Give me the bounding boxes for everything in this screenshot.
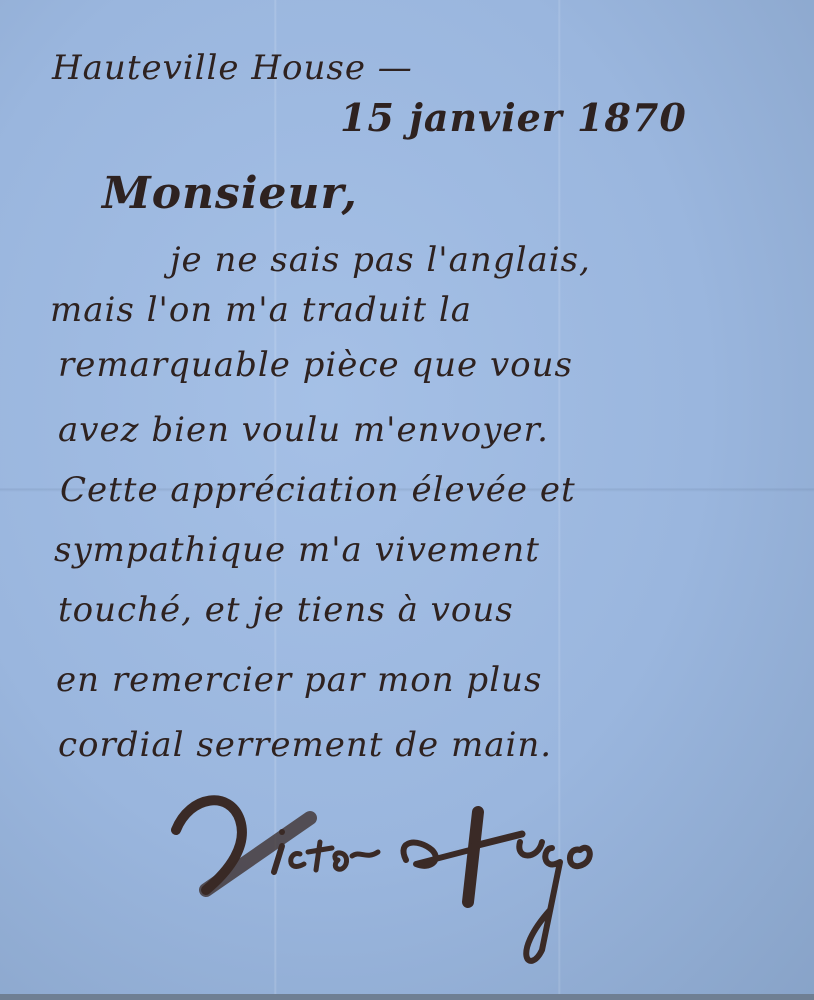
- letter-line: je ne sais pas l'anglais,: [170, 240, 591, 280]
- letter-line: cordial serrement de main.: [58, 725, 552, 765]
- letter-line: remarquable pièce que vous: [58, 345, 573, 385]
- signature: Victor Hugo: [170, 790, 770, 970]
- paper-bottom-edge: [0, 994, 814, 1000]
- letter-line: mais l'on m'a traduit la: [50, 290, 472, 330]
- letter-line: sympathique m'a vivement: [54, 530, 540, 570]
- letter-line: touché, et je tiens à vous: [58, 590, 514, 630]
- letter-salutation: Monsieur,: [102, 168, 358, 219]
- letter-line: avez bien voulu m'envoyer.: [58, 410, 549, 450]
- letter-line: en remercier par mon plus: [56, 660, 542, 700]
- letter-place: Hauteville House —: [52, 48, 413, 88]
- letter-date: 15 janvier 1870: [340, 95, 687, 140]
- letter-line: Cette appréciation élevée et: [60, 470, 576, 510]
